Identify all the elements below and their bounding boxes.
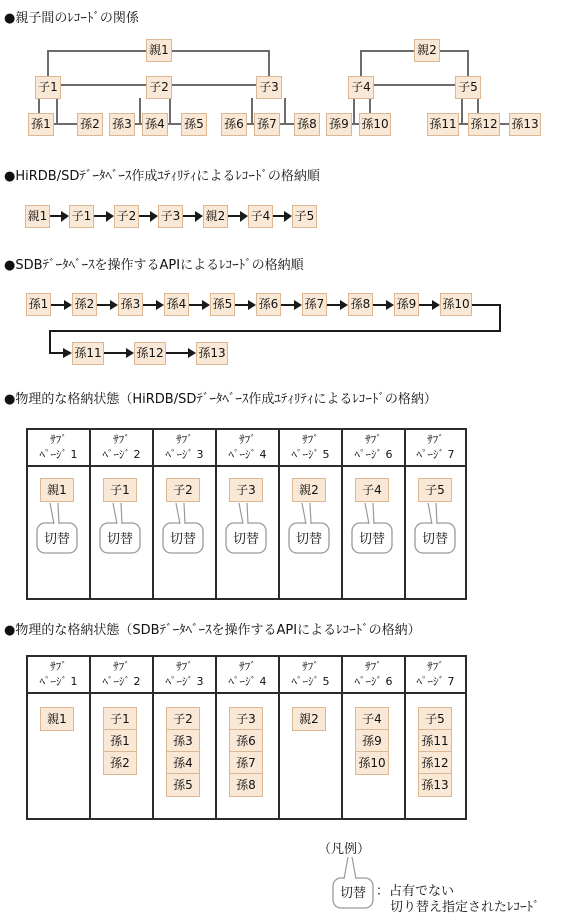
section2-title: ●HiRDB/SDﾃﾞｰﾀﾍﾞｰｽ作成ﾕﾃｨﾘﾃｨによるﾚｺｰﾄﾞの格納順 bbox=[4, 165, 320, 184]
record-cell: 孫9 bbox=[355, 729, 389, 753]
subpage-header-line1: ｻﾌﾞ bbox=[28, 432, 89, 447]
seq-box: 孫6 bbox=[256, 293, 281, 316]
section1-title: ●親子間のﾚｺｰﾄﾞの関係 bbox=[4, 7, 139, 26]
subpage-header-line1: ｻﾌﾞ bbox=[154, 432, 215, 447]
record-cell: 親2 bbox=[292, 478, 326, 502]
seq-box: 孫10 bbox=[440, 293, 472, 316]
switch-bubble-label: 切替 bbox=[340, 886, 366, 901]
subpage-header: ｻﾌﾞﾍﾟｰｼﾞ 5 bbox=[280, 432, 341, 462]
subpage-header-line1: ｻﾌﾞ bbox=[406, 659, 465, 674]
subpage-header: ｻﾌﾞﾍﾟｰｼﾞ 6 bbox=[343, 659, 404, 689]
tree-node-grandchild: 孫11 bbox=[427, 113, 459, 136]
record-cell: 孫11 bbox=[418, 729, 452, 753]
seq-box: 子1 bbox=[69, 205, 94, 228]
subpage-header-line1: ｻﾌﾞ bbox=[280, 659, 341, 674]
seq-box: 孫4 bbox=[164, 293, 189, 316]
seq-box: 子3 bbox=[158, 205, 183, 228]
record-cell: 子2 bbox=[166, 478, 200, 502]
record-cell: 子5 bbox=[418, 707, 452, 731]
subpage-header-line2: ﾍﾟｰｼﾞ 5 bbox=[280, 674, 341, 689]
tree-node-grandchild: 孫13 bbox=[509, 113, 541, 136]
subpage-header: ｻﾌﾞﾍﾟｰｼﾞ 2 bbox=[91, 432, 152, 462]
subpage-header-line2: ﾍﾟｰｼﾞ 6 bbox=[343, 447, 404, 462]
subpage-header: ｻﾌﾞﾍﾟｰｼﾞ 5 bbox=[280, 659, 341, 689]
subpage-header-line2: ﾍﾟｰｼﾞ 3 bbox=[154, 674, 215, 689]
seq-box: 孫1 bbox=[26, 293, 51, 316]
subpage-header-line1: ｻﾌﾞ bbox=[343, 659, 404, 674]
subpage-header: ｻﾌﾞﾍﾟｰｼﾞ 7 bbox=[406, 659, 465, 689]
tree-node-grandchild: 孫3 bbox=[109, 113, 135, 136]
subpage-header-line1: ｻﾌﾞ bbox=[406, 432, 465, 447]
subpage-header-line1: ｻﾌﾞ bbox=[217, 432, 278, 447]
subpage-header-line2: ﾍﾟｰｼﾞ 4 bbox=[217, 447, 278, 462]
legend-desc-line2: 切り替え指定されたﾚｺｰﾄﾞ bbox=[390, 896, 540, 915]
seq-box: 子2 bbox=[114, 205, 139, 228]
seq-box: 孫9 bbox=[394, 293, 419, 316]
tree-node-parent2: 親2 bbox=[414, 39, 440, 62]
subpage-header: ｻﾌﾞﾍﾟｰｼﾞ 3 bbox=[154, 659, 215, 689]
tree-node-grandchild: 孫8 bbox=[294, 113, 320, 136]
tree-node-child5: 子5 bbox=[455, 76, 481, 99]
subpage-header-line1: ｻﾌﾞ bbox=[28, 659, 89, 674]
subpage-header: ｻﾌﾞﾍﾟｰｼﾞ 3 bbox=[154, 432, 215, 462]
seq-box: 孫3 bbox=[118, 293, 143, 316]
record-cell: 孫6 bbox=[229, 729, 263, 753]
subpage-header-line1: ｻﾌﾞ bbox=[91, 659, 152, 674]
record-cell: 子1 bbox=[103, 707, 137, 731]
subpage-header-line2: ﾍﾟｰｼﾞ 2 bbox=[91, 447, 152, 462]
header-divider bbox=[28, 692, 465, 694]
tree-node-grandchild: 孫5 bbox=[181, 113, 207, 136]
legend-switch-bubble: 切替 bbox=[333, 857, 373, 908]
diagram-canvas: ●親子間のﾚｺｰﾄﾞの関係 ●HiRDB/SDﾃﾞｰﾀﾍﾞｰｽ作成ﾕﾃｨﾘﾃｨに… bbox=[0, 0, 585, 915]
subpage-header-line2: ﾍﾟｰｼﾞ 6 bbox=[343, 674, 404, 689]
record-cell: 孫5 bbox=[166, 773, 200, 797]
seq-box: 孫7 bbox=[302, 293, 327, 316]
subpage-header-line2: ﾍﾟｰｼﾞ 1 bbox=[28, 674, 89, 689]
seq-box: 孫2 bbox=[72, 293, 97, 316]
tree-node-grandchild: 孫6 bbox=[221, 113, 247, 136]
record-cell: 子4 bbox=[355, 707, 389, 731]
seq-box: 孫11 bbox=[72, 342, 104, 365]
tree-node-child3: 子3 bbox=[256, 76, 282, 99]
record-cell: 子3 bbox=[229, 478, 263, 502]
tree-node-child1: 子1 bbox=[35, 76, 61, 99]
record-cell: 子4 bbox=[355, 478, 389, 502]
subpage-header: ｻﾌﾞﾍﾟｰｼﾞ 1 bbox=[28, 659, 89, 689]
tree-node-grandchild: 孫2 bbox=[77, 113, 103, 136]
tree-node-grandchild: 孫12 bbox=[468, 113, 500, 136]
subpage-header: ｻﾌﾞﾍﾟｰｼﾞ 6 bbox=[343, 432, 404, 462]
tree-node-grandchild: 孫9 bbox=[326, 113, 352, 136]
subpage-header-line1: ｻﾌﾞ bbox=[280, 432, 341, 447]
record-cell: 孫1 bbox=[103, 729, 137, 753]
subpage-header: ｻﾌﾞﾍﾟｰｼﾞ 4 bbox=[217, 432, 278, 462]
record-cell: 親1 bbox=[40, 707, 74, 731]
seq-box: 孫5 bbox=[210, 293, 235, 316]
subpage-header: ｻﾌﾞﾍﾟｰｼﾞ 4 bbox=[217, 659, 278, 689]
section5-title: ●物理的な格納状態（SDBﾃﾞｰﾀﾍﾞｰｽを操作するAPIによるﾚｺｰﾄﾞの格納… bbox=[4, 619, 421, 638]
record-cell: 子2 bbox=[166, 707, 200, 731]
subpage-header-line2: ﾍﾟｰｼﾞ 7 bbox=[406, 447, 465, 462]
seq-box: 親2 bbox=[203, 205, 228, 228]
seq-box: 子4 bbox=[248, 205, 273, 228]
tree-node-grandchild: 孫10 bbox=[359, 113, 391, 136]
section3-title: ●SDBﾃﾞｰﾀﾍﾞｰｽを操作するAPIによるﾚｺｰﾄﾞの格納順 bbox=[4, 254, 304, 273]
subpage-header-line2: ﾍﾟｰｼﾞ 7 bbox=[406, 674, 465, 689]
record-cell: 孫2 bbox=[103, 751, 137, 775]
seq-box: 子5 bbox=[292, 205, 317, 228]
sequence-arrow-lines bbox=[50, 216, 500, 353]
record-cell: 孫12 bbox=[418, 751, 452, 775]
seq-box: 親1 bbox=[25, 205, 50, 228]
seq-box: 孫12 bbox=[134, 342, 166, 365]
subpage-header: ｻﾌﾞﾍﾟｰｼﾞ 2 bbox=[91, 659, 152, 689]
record-cell: 孫8 bbox=[229, 773, 263, 797]
section4-title: ●物理的な格納状態（HiRDB/SDﾃﾞｰﾀﾍﾞｰｽ作成ﾕﾃｨﾘﾃｨによるﾚｺｰ… bbox=[4, 388, 437, 407]
legend-title: （凡例） bbox=[318, 838, 370, 857]
header-divider bbox=[28, 465, 465, 467]
record-cell: 子5 bbox=[418, 478, 452, 502]
record-cell: 親2 bbox=[292, 707, 326, 731]
subpage-header-line2: ﾍﾟｰｼﾞ 5 bbox=[280, 447, 341, 462]
record-cell: 孫4 bbox=[166, 751, 200, 775]
arrow-heads bbox=[61, 211, 440, 358]
subpage-header-line1: ｻﾌﾞ bbox=[343, 432, 404, 447]
subpage-header-line2: ﾍﾟｰｼﾞ 4 bbox=[217, 674, 278, 689]
tree-node-grandchild: 孫4 bbox=[142, 113, 168, 136]
subpage-header-line1: ｻﾌﾞ bbox=[154, 659, 215, 674]
tree-node-parent1: 親1 bbox=[146, 39, 172, 62]
record-cell: 親1 bbox=[40, 478, 74, 502]
record-cell: 孫13 bbox=[418, 773, 452, 797]
subpage-header-line2: ﾍﾟｰｼﾞ 1 bbox=[28, 447, 89, 462]
seq-box: 孫8 bbox=[348, 293, 373, 316]
subpage-header-line1: ｻﾌﾞ bbox=[217, 659, 278, 674]
record-cell: 子1 bbox=[103, 478, 137, 502]
tree-node-child4: 子4 bbox=[348, 76, 374, 99]
record-cell: 子3 bbox=[229, 707, 263, 731]
record-cell: 孫10 bbox=[355, 751, 389, 775]
tree-node-grandchild: 孫7 bbox=[254, 113, 280, 136]
subpage-header-line2: ﾍﾟｰｼﾞ 2 bbox=[91, 674, 152, 689]
subpage-header: ｻﾌﾞﾍﾟｰｼﾞ 1 bbox=[28, 432, 89, 462]
tree-node-child2: 子2 bbox=[146, 76, 172, 99]
tree-node-grandchild: 孫1 bbox=[28, 113, 54, 136]
record-cell: 孫7 bbox=[229, 751, 263, 775]
seq-box: 孫13 bbox=[196, 342, 228, 365]
subpage-header-line2: ﾍﾟｰｼﾞ 3 bbox=[154, 447, 215, 462]
record-cell: 孫3 bbox=[166, 729, 200, 753]
subpage-header-line1: ｻﾌﾞ bbox=[91, 432, 152, 447]
subpage-header: ｻﾌﾞﾍﾟｰｼﾞ 7 bbox=[406, 432, 465, 462]
